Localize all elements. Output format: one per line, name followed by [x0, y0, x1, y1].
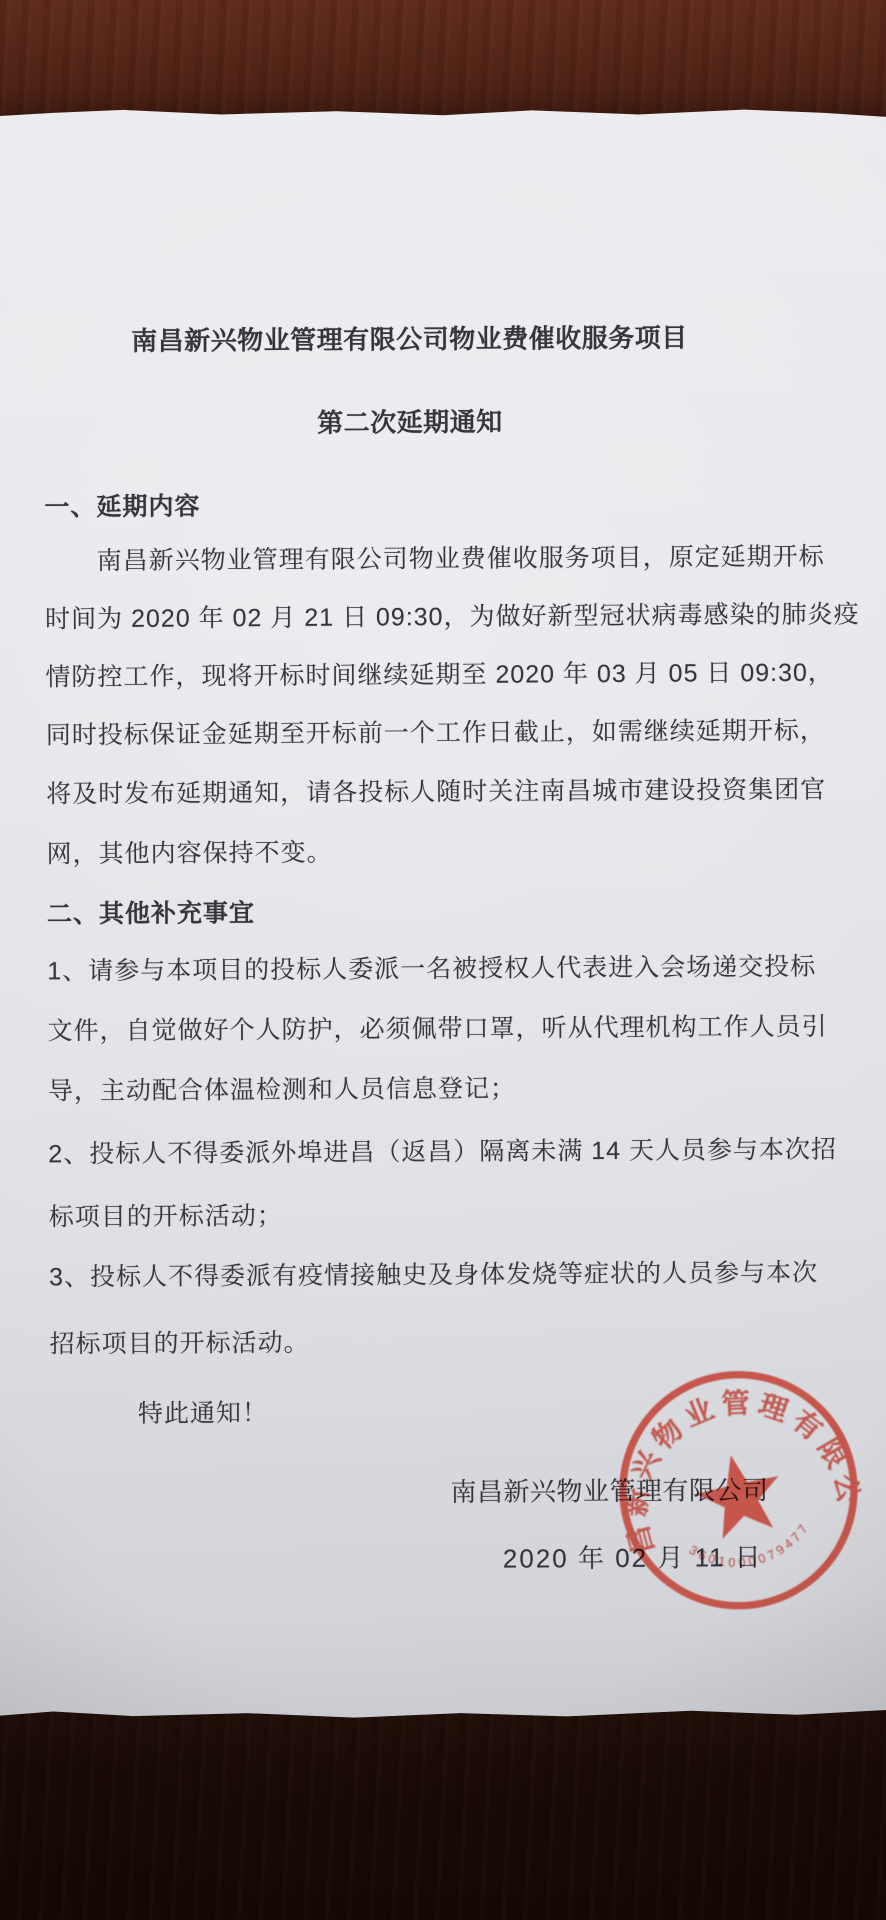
- body-line: 标项目的开标活动；: [49, 1195, 843, 1236]
- body-line: 情防控工作，现将开标时间继续延期至 2020 年 03 月 05 日 09:30…: [45, 655, 839, 696]
- notice-document: 南昌新兴物业管理有限公司物业费催收服务项目 第二次延期通知 一、延期内容 南昌新…: [0, 108, 886, 1718]
- seal-serial-text: 3601000079477: [685, 1517, 819, 1581]
- photo-scene: 南昌新兴物业管理有限公司物业费催收服务项目 第二次延期通知 一、延期内容 南昌新…: [0, 0, 886, 1920]
- body-line: 将及时发布延期通知，请各投标人随时关注南昌城市建设投资集团官: [46, 772, 840, 813]
- seal-star-icon: [690, 1446, 789, 1542]
- body-line: 文件，自觉做好个人防护，必须佩带口罩，听从代理机构工作人员引: [48, 1009, 842, 1050]
- body-line: 招标项目的开标活动。: [49, 1322, 843, 1363]
- body-line: 南昌新兴物业管理有限公司物业费催收服务项目，原定延期开标: [45, 539, 839, 580]
- body-line: 1、请参与本项目的投标人委派一名被授权人代表进入会场递交投标: [47, 949, 841, 990]
- document-content: 南昌新兴物业管理有限公司物业费催收服务项目 第二次延期通知 一、延期内容 南昌新…: [0, 105, 886, 1720]
- document-subtitle: 第二次延期通知: [2, 402, 818, 443]
- body-line: 网，其他内容保持不变。: [46, 832, 840, 873]
- body-line: 3、投标人不得委派有疫情接触史及身体发烧等症状的人员参与本次: [49, 1255, 843, 1296]
- section-1-heading: 一、延期内容: [44, 485, 838, 526]
- body-line: 时间为 2020 年 02 月 21 日 09:30，为做好新型冠状病毒感染的肺…: [45, 597, 839, 638]
- body-line: 同时投标保证金延期至开标前一个工作日截止，如需继续延期开标，: [46, 713, 840, 754]
- body-line: 2、投标人不得委派外埠进昌（返昌）隔离未满 14 天人员参与本次招: [48, 1132, 842, 1173]
- document-title: 南昌新兴物业管理有限公司物业费催收服务项目: [1, 319, 817, 360]
- company-seal: 南昌新兴物业管理有限公司 3601000079477: [588, 1340, 886, 1640]
- section-2-heading: 二、其他补充事宜: [47, 892, 841, 933]
- svg-text:3601000079477: 3601000079477: [685, 1517, 819, 1581]
- body-line: 导，主动配合体温检测和人员信息登记；: [48, 1069, 842, 1110]
